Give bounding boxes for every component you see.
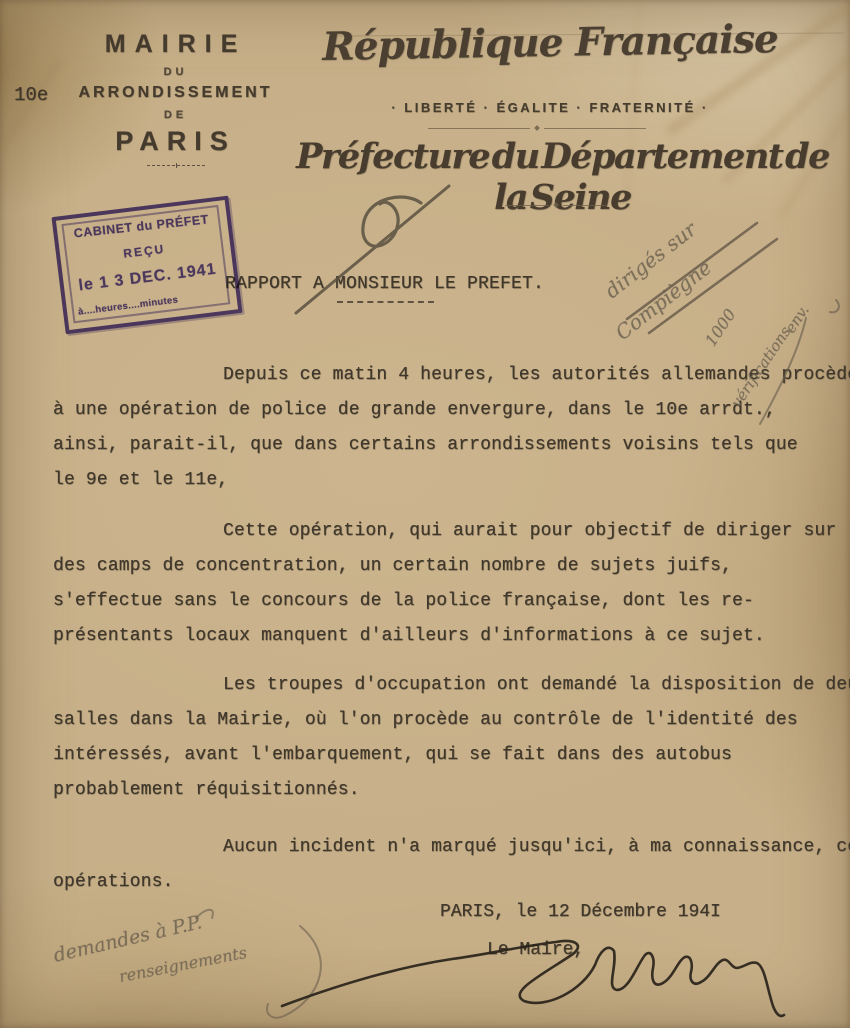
body-line: Les troupes d'occupation ont demandé la …: [53, 668, 823, 703]
paragraph-3: Les troupes d'occupation ont demandé la …: [53, 668, 823, 808]
letterhead-de: DE: [78, 109, 273, 121]
letterhead-arrondissement: ARRONDISSEMENT: [78, 84, 273, 102]
paragraph-2: Cette opération, qui aurait pour objecti…: [53, 514, 823, 654]
title-underline: [337, 301, 434, 303]
body-line: Depuis ce matin 4 heures, les autorités …: [53, 358, 823, 393]
letterhead-divider: [147, 165, 205, 166]
district-number: 10e: [14, 84, 48, 106]
prefect-cabinet-receipt-stamp: CABINET du PRÉFET REÇU le 1 3 DEC. 1941 …: [51, 196, 242, 335]
dateline: PARIS, le 12 Décembre 194I: [440, 902, 721, 922]
prefecture-divider: [505, 203, 607, 207]
scanned-letter-page: 10e MAIRIE DU ARRONDISSEMENT DE PARIS Ré…: [0, 0, 850, 1028]
pencil-note-1000: 1000: [701, 305, 740, 349]
letterhead-du: DU: [78, 66, 273, 78]
report-title: RAPPORT A MONSIEUR LE PREFET.: [225, 274, 544, 294]
body-line: s'effectue sans le concours de la police…: [53, 584, 823, 619]
stamp-inner-frame: CABINET du PRÉFET REÇU le 1 3 DEC. 1941 …: [61, 205, 230, 324]
body-line: ainsi, parait-il, que dans certains arro…: [53, 428, 823, 463]
body-line: présentants locaux manquent d'ailleurs d…: [53, 619, 823, 654]
pencil-note-bottom-left-2: renseignements: [117, 943, 248, 986]
mairie-letterhead: MAIRIE DU ARRONDISSEMENT DE PARIS: [78, 30, 273, 166]
letterhead-paris: PARIS: [78, 126, 273, 157]
paragraph-1: Depuis ce matin 4 heures, les autorités …: [53, 358, 823, 498]
body-line: salles dans la Mairie, où l'on procède a…: [53, 703, 823, 738]
body-line: intéressés, avant l'embarquement, qui se…: [53, 738, 823, 773]
body-line: à une opération de police de grande enve…: [53, 393, 823, 428]
diamond-ornament: [534, 125, 540, 131]
republic-title: République Française: [320, 16, 781, 70]
signoff-le-maire: Le Maire,: [487, 940, 584, 960]
body-line: Aucun incident n'a marqué jusqu'ici, à m…: [53, 830, 823, 865]
body-line: opérations.: [53, 865, 823, 900]
stamp-date-line: le 1 3 DEC. 1941: [74, 260, 221, 296]
letterhead-mairie: MAIRIE: [78, 30, 273, 59]
diamond-ornament: [553, 202, 559, 208]
body-line: probablement réquisitionnés.: [53, 773, 823, 808]
body-line: Cette opération, qui aurait pour objecti…: [53, 514, 823, 549]
body-line: le 9e et le 11e,: [53, 463, 823, 498]
national-motto: · LIBERTÉ · ÉGALITE · FRATERNITÉ ·: [380, 100, 720, 115]
motto-divider: [428, 126, 646, 130]
paragraph-4: Aucun incident n'a marqué jusqu'ici, à m…: [53, 830, 823, 900]
body-line: des camps de concentration, un certain n…: [53, 549, 823, 584]
